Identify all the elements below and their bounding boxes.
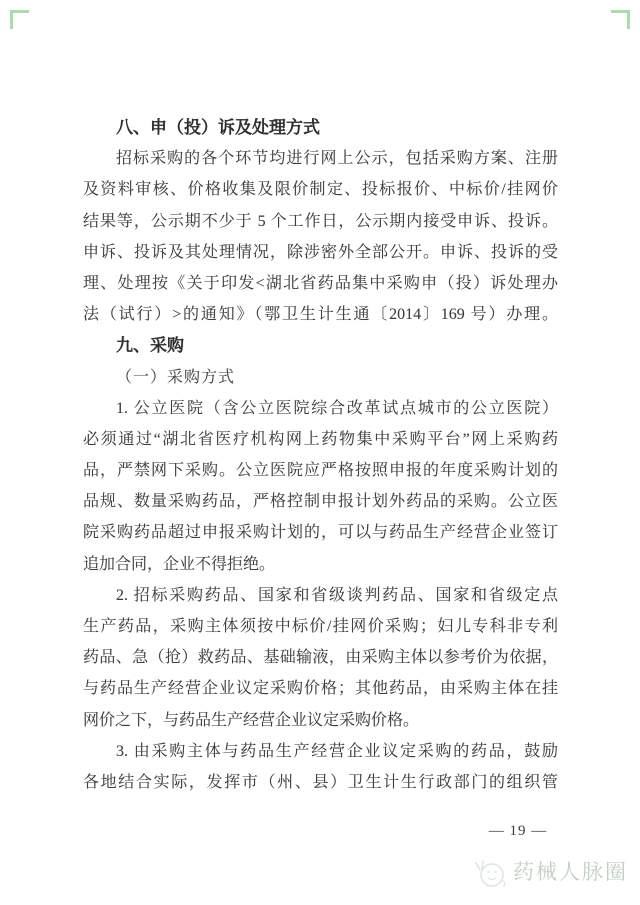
paragraph-line: 2. 招标采购药品、国家和省级谈判药品、国家和省级定点 (83, 580, 558, 611)
paragraph-line: 1. 公立医院（含公立医院综合改革试点城市的公立医院） (83, 393, 558, 424)
paragraph-line: 招标采购的各个环节均进行网上公示，包括采购方案、注册 (83, 143, 558, 174)
section-heading: 八、申（投）诉及处理方式 (83, 112, 558, 143)
paragraph-line: 及资料审核、价格收集及限价制定、投标报价、中标价/挂网价 (83, 174, 558, 205)
paragraph-line: 品规、数量采购药品，严格控制申报计划外药品的采购。公立医 (83, 486, 558, 517)
paragraph-line: 与药品生产经营企业议定采购价格；其他药品，由采购主体在挂 (83, 673, 558, 704)
corner-mark-top-right-icon (611, 10, 630, 29)
paragraph-line: 理、处理按《关于印发<湖北省药品集中采购申（投）诉处理办 (83, 268, 558, 299)
paragraph-line: 必须通过“湖北省医疗机构网上药物集中采购平台”网上采购药 (83, 424, 558, 455)
paragraph-line: 院采购药品超过申报采购计划的，可以与药品生产经营企业签订 (83, 517, 558, 548)
paragraph-line: 申诉、投诉及其处理情况，除涉密外全部公开。申诉、投诉的受 (83, 237, 558, 268)
document-text-block: 八、申（投）诉及处理方式 招标采购的各个环节均进行网上公示，包括采购方案、注册 … (83, 112, 558, 798)
mascot-logo-icon (470, 851, 510, 891)
paragraph-line: 品，严禁网下采购。公立医院应严格按照申报的年度采购计划的 (83, 455, 558, 486)
paragraph-line: 追加合同，企业不得拒绝。 (83, 549, 558, 580)
section-heading: 九、采购 (83, 330, 558, 361)
subsection-heading: （一）采购方式 (83, 362, 558, 393)
paragraph-line: 各地结合实际，发挥市（州、县）卫生计生行政部门的组织管 (83, 767, 558, 798)
paragraph-line: 法（试行）>的通知》（鄂卫生计生通〔2014〕169 号）办理。 (83, 299, 558, 330)
corner-mark-top-left-icon (10, 10, 29, 29)
paragraph-line: 网价之下，与药品生产经营企业议定采购价格。 (83, 705, 558, 736)
watermark: 药械人脉圈 (470, 851, 628, 891)
document-page: 八、申（投）诉及处理方式 招标采购的各个环节均进行网上公示，包括采购方案、注册 … (0, 0, 640, 905)
paragraph-line: 结果等，公示期不少于 5 个工作日，公示期内接受申诉、投诉。 (83, 206, 558, 237)
page-number: — 19 — (476, 823, 560, 840)
watermark-label: 药械人脉圈 (513, 856, 628, 886)
paragraph-line: 生产药品，采购主体须按中标价/挂网价采购；妇儿专科非专利 (83, 611, 558, 642)
paragraph-line: 3. 由采购主体与药品生产经营企业议定采购的药品，鼓励 (83, 736, 558, 767)
paragraph-line: 药品、急（抢）救药品、基础输液，由采购主体以参考价为依据， (83, 642, 558, 673)
